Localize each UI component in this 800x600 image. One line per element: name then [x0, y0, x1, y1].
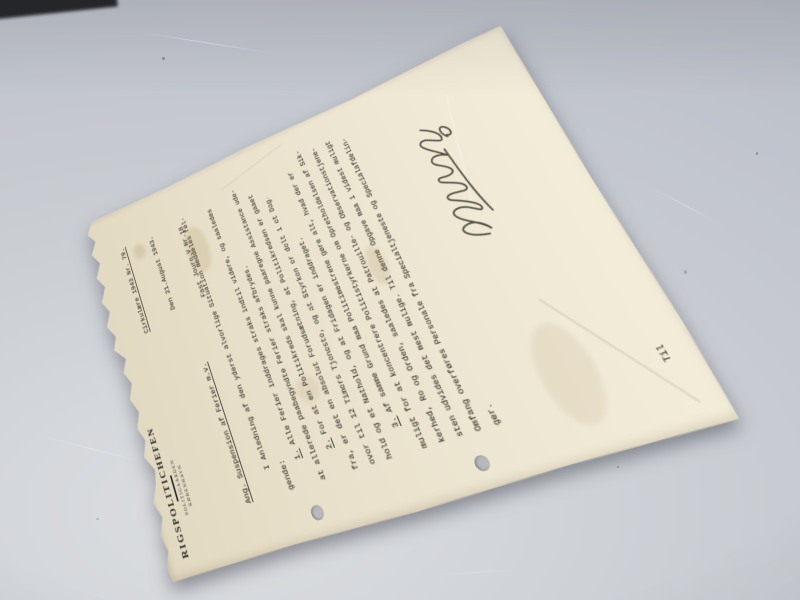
punch-hole	[309, 504, 326, 522]
paper-shadow-wrap: RIGSPOLITICHEFEN POLITIGAARDEN KØBENHAVN…	[0, 0, 800, 600]
letterhead: RIGSPOLITICHEFEN POLITIGAARDEN KØBENHAVN	[144, 412, 211, 569]
photo-scene: RIGSPOLITICHEFEN POLITIGAARDEN KØBENHAVN…	[0, 0, 800, 600]
punch-hole	[472, 454, 492, 473]
document-paper: RIGSPOLITICHEFEN POLITIGAARDEN KØBENHAVN…	[75, 25, 742, 583]
date-line: Den 21.August 1943.	[146, 233, 183, 322]
addressee-line2: samtlige Politimestre.	[649, 222, 743, 345]
addressee: Til samtlige Politimestre.	[557, 207, 787, 377]
addressee-line1: Til	[593, 243, 680, 364]
circular-number: Cirkulære 1943 Nr. 79.	[118, 246, 153, 335]
